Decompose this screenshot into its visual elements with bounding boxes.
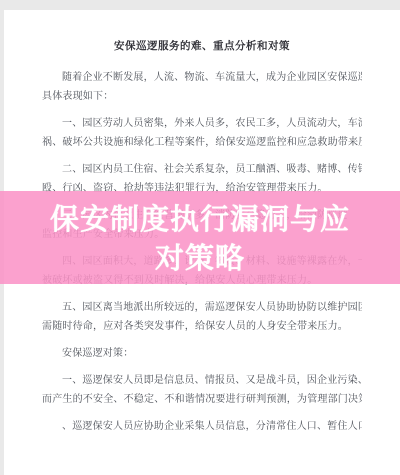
paragraph-strategy-1: 一、巡逻保安人员即是信息员、情报员、又是战斗员，因企业污染、劳务纠纷等矛盾 而产… bbox=[42, 371, 362, 409]
paragraph-intro: 随着企业不断发展，人流、物流、车流量大，成为企业园区安保巡逻管理的难、重点， 具… bbox=[42, 68, 362, 106]
overlay-title-line-1: 保安制度执行漏洞与应 bbox=[50, 200, 350, 239]
text-line: 、巡逻保安人员应协助企业采集人员信息，分清常住人口、暂住人口、流动人口， bbox=[42, 417, 362, 436]
overlay-title-banner: 保安制度执行漏洞与应 对策略 bbox=[0, 191, 400, 284]
paragraph-issue-1: 一、园区劳动人员密集，外来人员多，农民工多，人员流动大，车流量大，易引发车 祸、… bbox=[42, 114, 362, 152]
article-screenshot: { "page": { "backdrop_color": "#e9e9e9",… bbox=[0, 0, 400, 475]
text-line: 需随时待命，应对各类突发事件，给保安人员的人身安全带来压力。 bbox=[42, 317, 362, 336]
text-line: 而产生的不安全、不稳定、不和谐情况要进行研判预测，为管理部门决策提供准确依据。 bbox=[42, 390, 362, 409]
text-line: 五、园区离当地派出所较远的，需巡逻保安人员协助协防以维护园区治安，保安人员 bbox=[42, 298, 362, 317]
text-line: 一、巡逻保安人员即是信息员、情报员、又是战斗员，因企业污染、劳务纠纷等矛盾 bbox=[42, 371, 362, 390]
overlay-title-line-2: 对策略 bbox=[155, 239, 245, 278]
text-line: 二、园区内员工住宿、社会关系复杂，员工酗酒、吸毒、赌博、传销等易引发打架斗 bbox=[42, 160, 362, 179]
paragraph-issue-5: 五、园区离当地派出所较远的，需巡逻保安人员协助协防以维护园区治安，保安人员 需随… bbox=[42, 298, 362, 336]
text-line: 安保巡逻对策： bbox=[42, 344, 362, 363]
text-line: 随着企业不断发展，人流、物流、车流量大，成为企业园区安保巡逻管理的难、重点， bbox=[42, 68, 362, 87]
text-line: 具体表现如下： bbox=[42, 87, 362, 106]
strategies-heading: 安保巡逻对策： bbox=[42, 344, 362, 363]
text-line: 祸、破坏公共设施和绿化工程等案件，给保安巡逻监控和应急救助带来压力。 bbox=[42, 133, 362, 152]
paragraph-strategy-2-partial: 、巡逻保安人员应协助企业采集人员信息，分清常住人口、暂住人口、流动人口， bbox=[42, 417, 362, 436]
document-title: 安保巡逻服务的难、重点分析和对策 bbox=[42, 38, 362, 54]
text-line: 一、园区劳动人员密集，外来人员多，农民工多，人员流动大，车流量大，易引发车 bbox=[42, 114, 362, 133]
